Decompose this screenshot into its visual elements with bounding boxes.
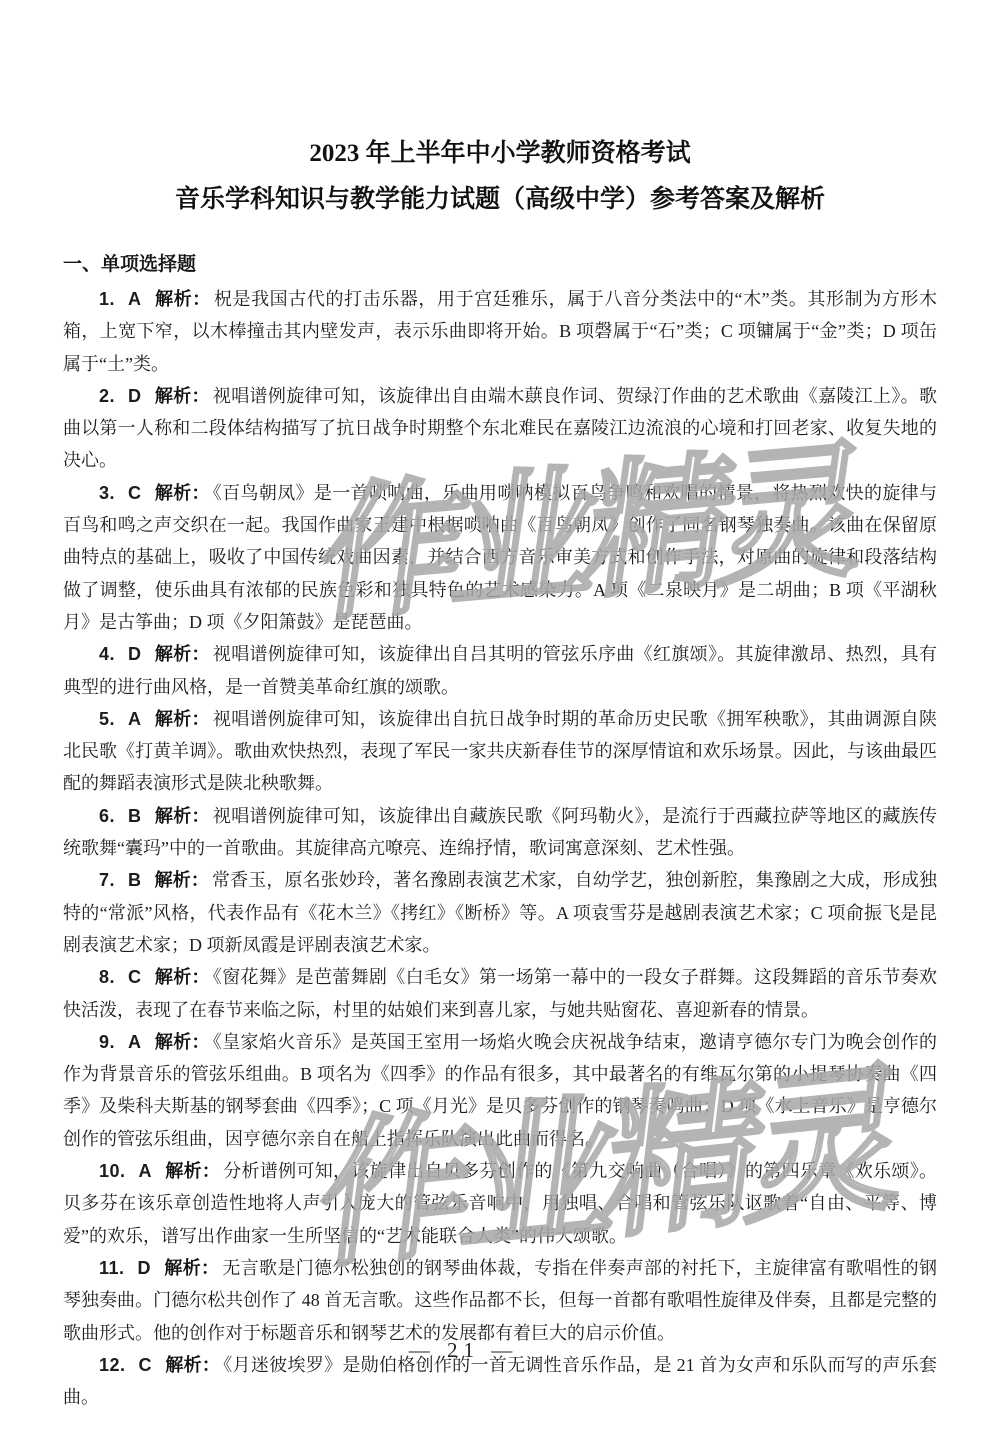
jiexi-label: 解析： (155, 483, 210, 503)
jiexi-label: 解析： (165, 1161, 220, 1181)
item-number: 8. (99, 967, 115, 987)
item-number: 6. (99, 806, 115, 826)
answer-item: 4.D解析：视唱谱例旋律可知，该旋律出自吕其明的管弦乐序曲《红旗颂》。其旋律激昂… (63, 638, 937, 703)
item-answer: D (128, 644, 142, 664)
section-heading: 一、单项选择题 (63, 252, 937, 278)
answer-item: 7.B解析：常香玉，原名张妙玲，著名豫剧表演艺术家，自幼学艺，独创新腔，集豫剧之… (63, 864, 937, 961)
answer-item: 10.A解析：分析谱例可知，该旋律出自贝多芬创作的《第九交响曲（合唱）》的第四乐… (63, 1155, 937, 1252)
item-number: 1. (99, 289, 115, 309)
item-explanation: 《百鸟朝凤》是一首唢呐曲，乐曲用唢呐模拟百鸟争鸣和欢唱的情景，将热烈欢快的旋律与… (63, 483, 937, 632)
page-content: 2023 年上半年中小学教师资格考试 音乐学科知识与教学能力试题（高级中学）参考… (63, 0, 937, 1413)
item-answer: C (128, 483, 142, 503)
jiexi-label: 解析： (155, 386, 210, 406)
item-number: 3. (99, 483, 115, 503)
answer-item: 9.A解析：《皇家焰火音乐》是英国王室用一场焰火晚会庆祝战争结束，邀请亨德尔专门… (63, 1026, 937, 1155)
item-number: 2. (99, 386, 115, 406)
jiexi-label: 解析： (155, 644, 210, 664)
item-answer: D (128, 386, 142, 406)
item-answer: B (128, 806, 142, 826)
doc-title-line2: 音乐学科知识与教学能力试题（高级中学）参考答案及解析 (63, 184, 937, 216)
answer-item: 3.C解析：《百鸟朝凤》是一首唢呐曲，乐曲用唢呐模拟百鸟争鸣和欢唱的情景，将热烈… (63, 477, 937, 638)
item-number: 9. (99, 1032, 115, 1052)
answer-item: 5.A解析：视唱谱例旋律可知，该旋律出自抗日战争时期的革命历史民歌《拥军秧歌》，… (63, 703, 937, 800)
item-answer: D (138, 1258, 152, 1278)
item-number: 10. (99, 1161, 126, 1181)
item-answer: C (128, 967, 142, 987)
jiexi-label: 解析： (155, 870, 210, 890)
item-number: 4. (99, 644, 115, 664)
answer-item: 11.D解析：无言歌是门德尔松独创的钢琴曲体裁，专指在伴奏声部的衬托下，主旋律富… (63, 1252, 937, 1349)
answer-item: 1.A解析：柷是我国古代的打击乐器，用于宫廷雅乐，属于八音分类法中的“木”类。其… (63, 283, 937, 380)
jiexi-label: 解析： (155, 1032, 210, 1052)
page-number: — 21 — (0, 1338, 927, 1363)
answer-item: 2.D解析：视唱谱例旋律可知，该旋律出自由端木蕻良作词、贺绿汀作曲的艺术歌曲《嘉… (63, 380, 937, 477)
item-answer: B (128, 870, 142, 890)
document-page: 作业精灵 作业精灵 2023 年上半年中小学教师资格考试 音乐学科知识与教学能力… (0, 0, 997, 1443)
jiexi-label: 解析： (155, 709, 210, 729)
item-number: 5. (99, 709, 115, 729)
answer-item: 8.C解析：《窗花舞》是芭蕾舞剧《白毛女》第一场第一幕中的一段女子群舞。这段舞蹈… (63, 961, 937, 1026)
item-number: 7. (99, 870, 115, 890)
jiexi-label: 解析： (155, 289, 211, 309)
item-answer: A (139, 1161, 153, 1181)
item-answer: A (128, 289, 142, 309)
doc-title-line1: 2023 年上半年中小学教师资格考试 (63, 138, 937, 170)
item-answer: A (128, 1032, 142, 1052)
item-answer: A (128, 709, 142, 729)
answer-list: 1.A解析：柷是我国古代的打击乐器，用于宫廷雅乐，属于八音分类法中的“木”类。其… (63, 283, 937, 1413)
answer-item: 6.B解析：视唱谱例旋律可知，该旋律出自藏族民歌《阿玛勒火》，是流行于西藏拉萨等… (63, 800, 937, 865)
jiexi-label: 解析： (155, 967, 210, 987)
jiexi-label: 解析： (164, 1258, 219, 1278)
item-number: 11. (99, 1258, 125, 1278)
jiexi-label: 解析： (155, 806, 210, 826)
